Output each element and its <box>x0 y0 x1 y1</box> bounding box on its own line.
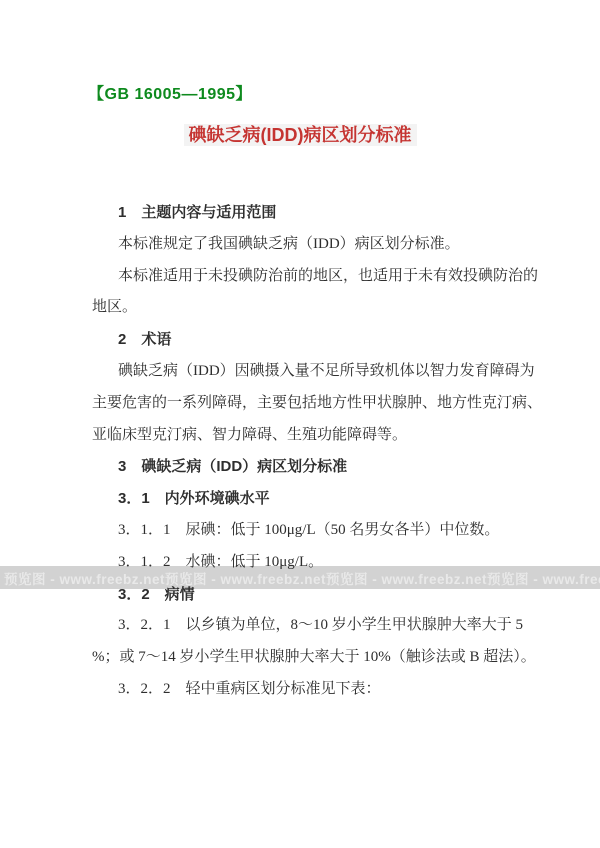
doc-title-text: 碘缺乏病(IDD)病区划分标准 <box>184 124 417 146</box>
body-line: 本标准适用于未投碘防治前的地区，也适用于未有效投碘防治的 <box>92 261 532 293</box>
body-line: 本标准规定了我国碘缺乏病（IDD）病区划分标准。 <box>92 229 532 261</box>
body-line: 主要危害的一系列障碍，主要包括地方性甲状腺肿、地方性克汀病、 <box>92 388 532 420</box>
body-line: %；或 7～14 岁小学生甲状腺肿大率大于 10%（触诊法或 B 超法）。 <box>92 642 532 674</box>
body-line: 3．2．2 轻中重病区划分标准见下表： <box>92 674 532 706</box>
section-heading: 2 术语 <box>92 324 532 356</box>
section-heading: 3 碘缺乏病（IDD）病区划分标准 <box>92 451 532 483</box>
body-line: 3．1．1 尿碘：低于 100μg/L（50 名男女各半）中位数。 <box>92 515 532 547</box>
body-line: 碘缺乏病（IDD）因碘摄入量不足所导致机体以智力发育障碍为 <box>92 356 532 388</box>
doc-title: 碘缺乏病(IDD)病区划分标准 <box>0 121 600 147</box>
body-line: 3．2．1 以乡镇为单位，8～10 岁小学生甲状腺肿大率大于 5 <box>92 610 532 642</box>
document-page: 【GB 16005—1995】 碘缺乏病(IDD)病区划分标准 1 主题内容与适… <box>0 0 600 848</box>
document-body: 1 主题内容与适用范围本标准规定了我国碘缺乏病（IDD）病区划分标准。本标准适用… <box>92 197 532 706</box>
body-line: 亚临床型克汀病、智力障碍、生殖功能障碍等。 <box>92 420 532 452</box>
body-line: 地区。 <box>92 292 532 324</box>
body-line: 3．1．2 水碘：低于 10μg/L。 <box>92 547 532 579</box>
doc-code: 【GB 16005—1995】 <box>88 81 252 104</box>
section-heading: 1 主题内容与适用范围 <box>92 197 532 229</box>
section-heading: 3．2 病情 <box>92 579 532 611</box>
section-heading: 3．1 内外环境碘水平 <box>92 483 532 515</box>
